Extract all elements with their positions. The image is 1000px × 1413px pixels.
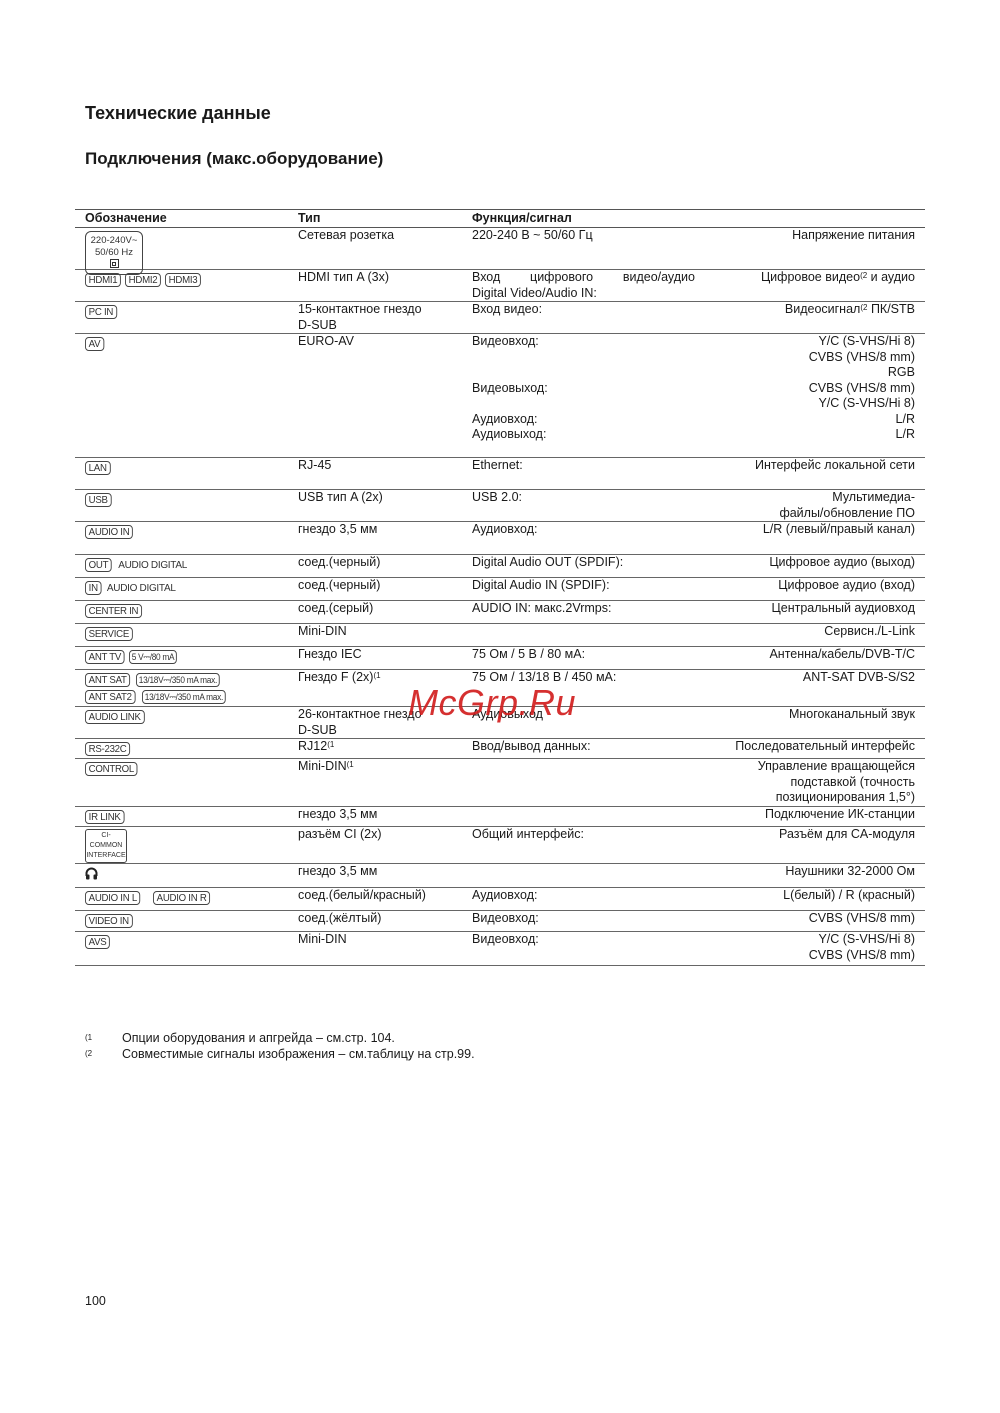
function-label: USB 2.0: (472, 490, 522, 506)
signal-value: Последовательный интерфейс (735, 739, 915, 755)
ci-label-line: COMMON (86, 841, 126, 851)
function-label: Digital Audio OUT (SPDIF): (472, 555, 623, 571)
signal-text: Разъём для CA-модуля (779, 827, 915, 841)
function-cell: Digital Audio IN (SPDIF):Цифровое аудио … (472, 578, 915, 600)
function-cell: Управление вращающейсяподставкой (точнос… (472, 759, 915, 806)
signal-text: Цифровое аудио (вход) (778, 578, 915, 592)
signal-text: Последовательный интерфейс (735, 739, 915, 753)
signal-value: Напряжение питания (792, 228, 915, 244)
type-line: D-SUB (298, 318, 472, 334)
function-label: Ethernet: (472, 458, 523, 474)
signal-value: L/R (896, 427, 915, 443)
type-cell: RJ-45 (298, 458, 472, 489)
table-row: LANRJ-45Ethernet:Интерфейс локальной сет… (75, 458, 925, 490)
function-line: USB 2.0:Мультимедиа- (472, 490, 915, 506)
table-row: AUDIO LINK26-контактное гнездоD-SUBАудио… (75, 707, 925, 739)
type-cell: HDMI тип A (3x) (298, 270, 472, 301)
type-cell: EURO-AV (298, 334, 472, 457)
type-cell: гнездо 3,5 мм (298, 522, 472, 554)
designation-cell: PC IN (75, 302, 298, 333)
table-row: AVSMini-DINВидеовход:Y/C (S-VHS/Hi 8)CVB… (75, 932, 925, 966)
table-row: VIDEO INсоед.(жёлтый)Видеовход:CVBS (VHS… (75, 911, 925, 932)
function-line: Видеовход:Y/C (S-VHS/Hi 8) (472, 334, 915, 350)
table-row: USBUSB тип A (2x)USB 2.0:Мультимедиа-фай… (75, 490, 925, 522)
function-label: Видеовыход: (472, 381, 548, 397)
function-label: 220-240 В ~ 50/60 Гц (472, 228, 593, 244)
type-line: Mini-DIN(1 (298, 759, 472, 775)
function-line: Digital Video/Audio IN: (472, 286, 915, 302)
function-line: Вход цифрового видео/аудиоЦифровое видео… (472, 270, 915, 286)
designation-cell: LAN (75, 458, 298, 489)
connector-badge: SERVICE (85, 627, 133, 641)
signal-value: Y/C (S-VHS/Hi 8) (818, 334, 915, 350)
connector-badge: AUDIO IN L (85, 891, 141, 905)
signal-text: Подключение ИК-станции (765, 807, 915, 821)
signal-value: L/R (896, 412, 915, 428)
type-cell: гнездо 3,5 мм (298, 807, 472, 826)
footnote-ref: (1 (327, 740, 334, 749)
signal-text: Интерфейс локальной сети (755, 458, 915, 472)
function-cell: 75 Ом / 13/18 В / 450 мА:ANT-SAT DVB-S/S… (472, 670, 915, 706)
designation-cell: CI-COMMONINTERFACE (75, 827, 298, 863)
type-text: соед.(белый/красный) (298, 888, 426, 902)
connector-caption: AUDIO DIGITAL (107, 583, 176, 594)
function-cell: Видеовход:CVBS (VHS/8 mm) (472, 911, 915, 931)
designation-cell: AUDIO IN LAUDIO IN R (75, 888, 298, 910)
function-label: Видеовход: (472, 334, 539, 350)
table-row: INAUDIO DIGITALсоед.(черный)Digital Audi… (75, 578, 925, 601)
type-line: соед.(черный) (298, 578, 472, 594)
designation-cell: AUDIO LINK (75, 707, 298, 738)
function-label: Аудиовход: (472, 412, 537, 428)
signal-text: CVBS (VHS/8 mm) (809, 911, 915, 925)
designation-cell: IR LINK (75, 807, 298, 826)
signal-value: L(белый) / R (красный) (783, 888, 915, 904)
connector-badge: LAN (85, 461, 110, 475)
type-cell: Mini-DIN(1 (298, 759, 472, 806)
function-line: Y/C (S-VHS/Hi 8) (472, 396, 915, 412)
signal-text: Многоканальный звук (789, 707, 915, 721)
function-line: Подключение ИК-станции (472, 807, 915, 823)
designation-cell (75, 864, 298, 887)
function-line: АудиовыходМногоканальный звук (472, 707, 915, 723)
table-header: Обозначение Тип Функция/сигнал (75, 210, 925, 228)
signal-text: Цифровое видео (761, 270, 860, 284)
function-line: CVBS (VHS/8 mm) (472, 350, 915, 366)
signal-text: файлы/обновление ПО (779, 506, 915, 520)
designation-cell: RS-232C (75, 739, 298, 758)
signal-value: CVBS (VHS/8 mm) (809, 948, 915, 964)
table-row: AUDIO INгнездо 3,5 ммАудиовход:L/R (левы… (75, 522, 925, 555)
signal-text: Y/C (S-VHS/Hi 8) (818, 396, 915, 410)
power-socket-label: 220-240V~50/60 Hz (85, 231, 143, 275)
function-cell: Вход цифрового видео/аудиоЦифровое видео… (472, 270, 915, 301)
type-text: Гнездо F (2x) (298, 670, 373, 684)
type-text: 15-контактное гнездо (298, 302, 422, 316)
connector-badge: HDMI1 (85, 273, 121, 287)
function-line: Видеовход:CVBS (VHS/8 mm) (472, 911, 915, 927)
signal-text: позиционирования 1,5°) (776, 790, 915, 804)
type-text: RJ12 (298, 739, 327, 753)
connections-table: Обозначение Тип Функция/сигнал 220-240V~… (75, 209, 925, 966)
footnote-mark: (1 (85, 1030, 122, 1046)
type-cell: соед.(жёлтый) (298, 911, 472, 931)
designation-cell: VIDEO IN (75, 911, 298, 931)
designation-cell: AV (75, 334, 298, 457)
signal-text: Цифровое аудио (выход) (769, 555, 915, 569)
type-line: гнездо 3,5 мм (298, 807, 472, 823)
connector-caption: AUDIO DIGITAL (118, 560, 187, 571)
type-cell: соед.(серый) (298, 601, 472, 623)
type-cell: Гнездо F (2x)(1 (298, 670, 472, 706)
type-cell: соед.(черный) (298, 555, 472, 577)
type-line: гнездо 3,5 мм (298, 522, 472, 538)
function-label: Видеовход: (472, 932, 539, 948)
function-line: 75 Ом / 13/18 В / 450 мА:ANT-SAT DVB-S/S… (472, 670, 915, 686)
signal-text: Антенна/кабель/DVB-T/C (769, 647, 915, 661)
rating-badge: 13/18V⎓/350 mA max. (136, 673, 220, 687)
signal-value: Сервисн./L-Link (824, 624, 915, 640)
function-line: 75 Ом / 5 В / 80 мА:Антенна/кабель/DVB-T… (472, 647, 915, 663)
table-row: IR LINKгнездо 3,5 ммПодключение ИК-станц… (75, 807, 925, 827)
function-line: 220-240 В ~ 50/60 ГцНапряжение питания (472, 228, 915, 244)
connector-badge: USB (85, 493, 111, 507)
function-line: RGB (472, 365, 915, 381)
type-cell: Гнездо IEC (298, 647, 472, 669)
signal-value: Мультимедиа- (832, 490, 915, 506)
type-text: соед.(жёлтый) (298, 911, 381, 925)
function-label: Аудиовыход (472, 707, 543, 723)
type-text: соед.(серый) (298, 601, 373, 615)
footnotes: (1 Опции оборудования и апгрейда – см.ст… (85, 1030, 475, 1062)
table-row: PC IN15-контактное гнездоD-SUBВход видео… (75, 302, 925, 334)
function-line: Наушники 32-2000 Ом (472, 864, 915, 880)
type-line: разъём CI (2x) (298, 827, 472, 843)
signal-text: Управление вращающейся (758, 759, 915, 773)
signal-value: Антенна/кабель/DVB-T/C (769, 647, 915, 663)
connector-badge: AVS (85, 935, 110, 949)
connector-badge: PC IN (85, 305, 117, 319)
type-cell: USB тип A (2x) (298, 490, 472, 521)
function-line: Ethernet:Интерфейс локальной сети (472, 458, 915, 474)
connector-badge: CONTROL (85, 762, 138, 776)
signal-text: Мультимедиа- (832, 490, 915, 504)
power-voltage: 220-240V~ (86, 235, 142, 247)
table-row: RS-232CRJ12(1Ввод/вывод данных:Последова… (75, 739, 925, 759)
type-line: HDMI тип A (3x) (298, 270, 472, 286)
designation-cell: ANT SAT13/18V⎓/350 mA max.ANT SAT213/18V… (75, 670, 298, 706)
function-cell: АудиовыходМногоканальный звук (472, 707, 915, 738)
signal-value: L/R (левый/правый канал) (763, 522, 915, 538)
function-line: Digital Audio IN (SPDIF):Цифровое аудио … (472, 578, 915, 594)
signal-text: Y/C (S-VHS/Hi 8) (818, 932, 915, 946)
signal-text: Напряжение питания (792, 228, 915, 242)
designation-cell: CONTROL (75, 759, 298, 806)
signal-text-suffix: и аудио (867, 270, 915, 284)
footnote-2: (2 Совместимые сигналы изображения – см.… (85, 1046, 475, 1062)
type-cell: разъём CI (2x) (298, 827, 472, 863)
footnote-1: (1 Опции оборудования и апгрейда – см.ст… (85, 1030, 475, 1046)
function-cell: 75 Ом / 5 В / 80 мА:Антенна/кабель/DVB-T… (472, 647, 915, 669)
function-label: 75 Ом / 13/18 В / 450 мА: (472, 670, 616, 686)
function-cell: Общий интерфейс:Разъём для CA-модуля (472, 827, 915, 863)
type-text: D-SUB (298, 318, 337, 332)
connector-badge: IR LINK (85, 810, 124, 824)
type-cell: гнездо 3,5 мм (298, 864, 472, 887)
section-title: Подключения (макс.оборудование) (85, 149, 383, 169)
designation-cell: CENTER IN (75, 601, 298, 623)
signal-value: Центральный аудиовход (772, 601, 915, 617)
function-line: Видеовыход:CVBS (VHS/8 mm) (472, 381, 915, 397)
type-line: USB тип A (2x) (298, 490, 472, 506)
signal-text: Y/C (S-VHS/Hi 8) (818, 334, 915, 348)
type-line: Mini-DIN (298, 932, 472, 948)
designation-cell: INAUDIO DIGITAL (75, 578, 298, 600)
signal-text: CVBS (VHS/8 mm) (809, 350, 915, 364)
signal-value: CVBS (VHS/8 mm) (809, 381, 915, 397)
function-line: Сервисн./L-Link (472, 624, 915, 640)
type-line: RJ-45 (298, 458, 472, 474)
type-cell: Mini-DIN (298, 932, 472, 965)
ci-label-line: INTERFACE (86, 851, 126, 861)
function-line: Digital Audio OUT (SPDIF):Цифровое аудио… (472, 555, 915, 571)
ci-label-line: CI- (86, 831, 126, 841)
function-line: Ввод/вывод данных:Последовательный интер… (472, 739, 915, 755)
type-line: Mini-DIN (298, 624, 472, 640)
header-function: Функция/сигнал (472, 210, 915, 227)
type-cell: 26-контактное гнездоD-SUB (298, 707, 472, 738)
function-line: Вход видео:Видеосигнал(2 ПК/STB (472, 302, 915, 318)
type-text: EURO-AV (298, 334, 354, 348)
function-cell: Видеовход:Y/C (S-VHS/Hi 8)CVBS (VHS/8 mm… (472, 932, 915, 965)
type-text: Mini-DIN (298, 759, 347, 773)
connector-badge: ANT SAT (85, 673, 130, 687)
type-line: RJ12(1 (298, 739, 472, 755)
type-text: гнездо 3,5 мм (298, 807, 377, 821)
type-line: гнездо 3,5 мм (298, 864, 472, 880)
signal-text: L/R (левый/правый канал) (763, 522, 915, 536)
connector-badge: HDMI2 (125, 273, 161, 287)
table-row: CI-COMMONINTERFACEразъём CI (2x)Общий ин… (75, 827, 925, 864)
signal-value: Цифровое видео(2 и аудио (761, 270, 915, 286)
type-text: RJ-45 (298, 458, 331, 472)
function-cell: Аудиовход:L(белый) / R (красный) (472, 888, 915, 910)
page-number: 100 (85, 1294, 106, 1308)
footnote-ref: (2 (860, 271, 867, 280)
function-line: AUDIO IN: макс.2Vrmps:Центральный аудиов… (472, 601, 915, 617)
function-label: Аудиовыход: (472, 427, 546, 443)
table-row: HDMI1HDMI2HDMI3HDMI тип A (3x)Вход цифро… (75, 270, 925, 302)
function-label: 75 Ом / 5 В / 80 мА: (472, 647, 585, 663)
type-cell: RJ12(1 (298, 739, 472, 758)
type-line: соед.(черный) (298, 555, 472, 571)
function-cell: USB 2.0:Мультимедиа-файлы/обновление ПО (472, 490, 915, 521)
signal-value: Наушники 32-2000 Ом (785, 864, 915, 880)
function-cell: Digital Audio OUT (SPDIF):Цифровое аудио… (472, 555, 915, 577)
function-line: Управление вращающейся (472, 759, 915, 775)
footnote-text: Совместимые сигналы изображения – см.таб… (122, 1046, 475, 1062)
footnote-ref: (1 (373, 671, 380, 680)
designation-cell: USB (75, 490, 298, 521)
function-label: Вход видео: (472, 302, 542, 318)
designation-cell: OUTAUDIO DIGITAL (75, 555, 298, 577)
type-text: Mini-DIN (298, 932, 347, 946)
connector-badge: ANT SAT2 (85, 690, 135, 704)
function-label: Ввод/вывод данных: (472, 739, 591, 755)
page-title: Технические данные (85, 103, 271, 124)
connector-label-line: ANT SAT213/18V⎓/350 mA max. (85, 687, 298, 705)
function-line: Аудиовход:L/R (левый/правый канал) (472, 522, 915, 538)
type-text: 26-контактное гнездо (298, 707, 422, 721)
signal-value: подставкой (точность (791, 775, 915, 791)
type-line: соед.(белый/красный) (298, 888, 472, 904)
function-cell: Сервисн./L-Link (472, 624, 915, 646)
type-line: 26-контактное гнездо (298, 707, 472, 723)
function-cell: Вход видео:Видеосигнал(2 ПК/STB (472, 302, 915, 333)
signal-text: Сервисн./L-Link (824, 624, 915, 638)
signal-text: Наушники 32-2000 Ом (785, 864, 915, 878)
connector-badge: OUT (85, 558, 112, 572)
table-row: CONTROLMini-DIN(1Управление вращающейсяп… (75, 759, 925, 807)
table-row: OUTAUDIO DIGITALсоед.(черный)Digital Aud… (75, 555, 925, 578)
designation-cell: SERVICE (75, 624, 298, 646)
type-text: Сетевая розетка (298, 228, 394, 242)
table-row: ANT SAT13/18V⎓/350 mA max.ANT SAT213/18V… (75, 670, 925, 707)
type-text: USB тип A (2x) (298, 490, 383, 504)
signal-text-suffix: ПК/STB (867, 302, 915, 316)
function-label: Аудиовход: (472, 888, 537, 904)
function-cell: Наушники 32-2000 Ом (472, 864, 915, 887)
type-text: HDMI тип A (3x) (298, 270, 389, 284)
function-line: Общий интерфейс:Разъём для CA-модуля (472, 827, 915, 843)
connector-badge: AUDIO IN R (153, 891, 210, 905)
table-row: гнездо 3,5 ммНаушники 32-2000 Ом (75, 864, 925, 888)
rating-badge: 13/18V⎓/350 mA max. (142, 690, 226, 704)
signal-text: L/R (896, 412, 915, 426)
signal-value: ANT-SAT DVB-S/S2 (803, 670, 915, 686)
type-cell: Mini-DIN (298, 624, 472, 646)
footnote-mark: (2 (85, 1046, 122, 1062)
function-cell: AUDIO IN: макс.2Vrmps:Центральный аудиов… (472, 601, 915, 623)
function-line: CVBS (VHS/8 mm) (472, 948, 915, 964)
function-cell: Ethernet:Интерфейс локальной сети (472, 458, 915, 489)
signal-value: файлы/обновление ПО (779, 506, 915, 522)
type-text: D-SUB (298, 723, 337, 737)
signal-value: CVBS (VHS/8 mm) (809, 911, 915, 927)
type-cell: соед.(черный) (298, 578, 472, 600)
headphones-icon (85, 867, 98, 885)
function-cell: Видеовход:Y/C (S-VHS/Hi 8)CVBS (VHS/8 mm… (472, 334, 915, 457)
signal-value: Y/C (S-VHS/Hi 8) (818, 932, 915, 948)
connector-badge: 5 V⎓/80 mA (129, 650, 177, 664)
function-label: AUDIO IN: макс.2Vrmps: (472, 601, 611, 617)
signal-text: Центральный аудиовход (772, 601, 915, 615)
signal-text: L(белый) / R (красный) (783, 888, 915, 902)
function-line: Видеовход:Y/C (S-VHS/Hi 8) (472, 932, 915, 948)
connector-label-line: ANT SAT13/18V⎓/350 mA max. (85, 670, 298, 688)
function-cell: Ввод/вывод данных:Последовательный интер… (472, 739, 915, 758)
signal-value: Цифровое аудио (вход) (778, 578, 915, 594)
designation-cell: ANT TV5 V⎓/80 mA (75, 647, 298, 669)
signal-value: Многоканальный звук (789, 707, 915, 723)
function-line: позиционирования 1,5°) (472, 790, 915, 806)
type-line: Гнездо IEC (298, 647, 472, 663)
connector-badge: VIDEO IN (85, 914, 133, 928)
type-text: соед.(черный) (298, 578, 380, 592)
type-line: Гнездо F (2x)(1 (298, 670, 472, 686)
function-line: Аудиовход:L/R (472, 412, 915, 428)
function-label: Digital Audio IN (SPDIF): (472, 578, 610, 594)
connector-badge: IN (85, 581, 101, 595)
type-line: D-SUB (298, 723, 472, 739)
table-row: 220-240V~50/60 HzСетевая розетка220-240 … (75, 228, 925, 270)
connector-badge: AUDIO IN (85, 525, 133, 539)
table-row: ANT TV5 V⎓/80 mAГнездо IEC75 Ом / 5 В / … (75, 647, 925, 670)
type-line: соед.(жёлтый) (298, 911, 472, 927)
footnote-ref: (2 (860, 303, 867, 312)
double-insulation-icon (110, 259, 119, 268)
connector-badge: AUDIO LINK (85, 710, 144, 724)
signal-text: CVBS (VHS/8 mm) (809, 381, 915, 395)
type-text: гнездо 3,5 мм (298, 522, 377, 536)
type-text: Mini-DIN (298, 624, 347, 638)
signal-value: позиционирования 1,5°) (776, 790, 915, 806)
signal-value: Цифровое аудио (выход) (769, 555, 915, 571)
function-cell: 220-240 В ~ 50/60 ГцНапряжение питания (472, 228, 915, 269)
type-cell: соед.(белый/красный) (298, 888, 472, 910)
type-text: разъём CI (2x) (298, 827, 382, 841)
signal-text: ANT-SAT DVB-S/S2 (803, 670, 915, 684)
type-line: соед.(серый) (298, 601, 472, 617)
connector-badge: ANT TV (85, 650, 125, 664)
function-cell: Подключение ИК-станции (472, 807, 915, 826)
type-line: 15-контактное гнездо (298, 302, 472, 318)
signal-value: Разъём для CA-модуля (779, 827, 915, 843)
connector-badge: CENTER IN (85, 604, 142, 618)
function-line: файлы/обновление ПО (472, 506, 915, 522)
type-text: гнездо 3,5 мм (298, 864, 377, 878)
function-cell: Аудиовход:L/R (левый/правый канал) (472, 522, 915, 554)
table-row: CENTER INсоед.(серый)AUDIO IN: макс.2Vrm… (75, 601, 925, 624)
type-line: EURO-AV (298, 334, 472, 350)
designation-cell: AUDIO IN (75, 522, 298, 554)
table-row: SERVICEMini-DINСервисн./L-Link (75, 624, 925, 647)
function-label: Вход цифрового видео/аудио (472, 270, 695, 286)
footnote-ref: (1 (347, 760, 354, 769)
signal-value: Y/C (S-VHS/Hi 8) (818, 396, 915, 412)
power-frequency: 50/60 Hz (86, 247, 142, 259)
designation-cell: 220-240V~50/60 Hz (75, 228, 298, 269)
connector-badge: AV (85, 337, 104, 351)
signal-text: Видеосигнал (785, 302, 860, 316)
signal-text: CVBS (VHS/8 mm) (809, 948, 915, 962)
designation-cell: AVS (75, 932, 298, 965)
type-line: Сетевая розетка (298, 228, 472, 244)
table-row: AUDIO IN LAUDIO IN Rсоед.(белый/красный)… (75, 888, 925, 911)
function-label: Общий интерфейс: (472, 827, 584, 843)
header-type: Тип (298, 210, 472, 227)
type-text: соед.(черный) (298, 555, 380, 569)
signal-value: Интерфейс локальной сети (755, 458, 915, 474)
type-cell: Сетевая розетка (298, 228, 472, 269)
function-label: Аудиовход: (472, 522, 537, 538)
signal-value: Управление вращающейся (758, 759, 915, 775)
signal-text: подставкой (точность (791, 775, 915, 789)
function-label: Видеовход: (472, 911, 539, 927)
connector-badge: RS-232C (85, 742, 130, 756)
function-line: Аудиовыход:L/R (472, 427, 915, 443)
type-text: Гнездо IEC (298, 647, 362, 661)
